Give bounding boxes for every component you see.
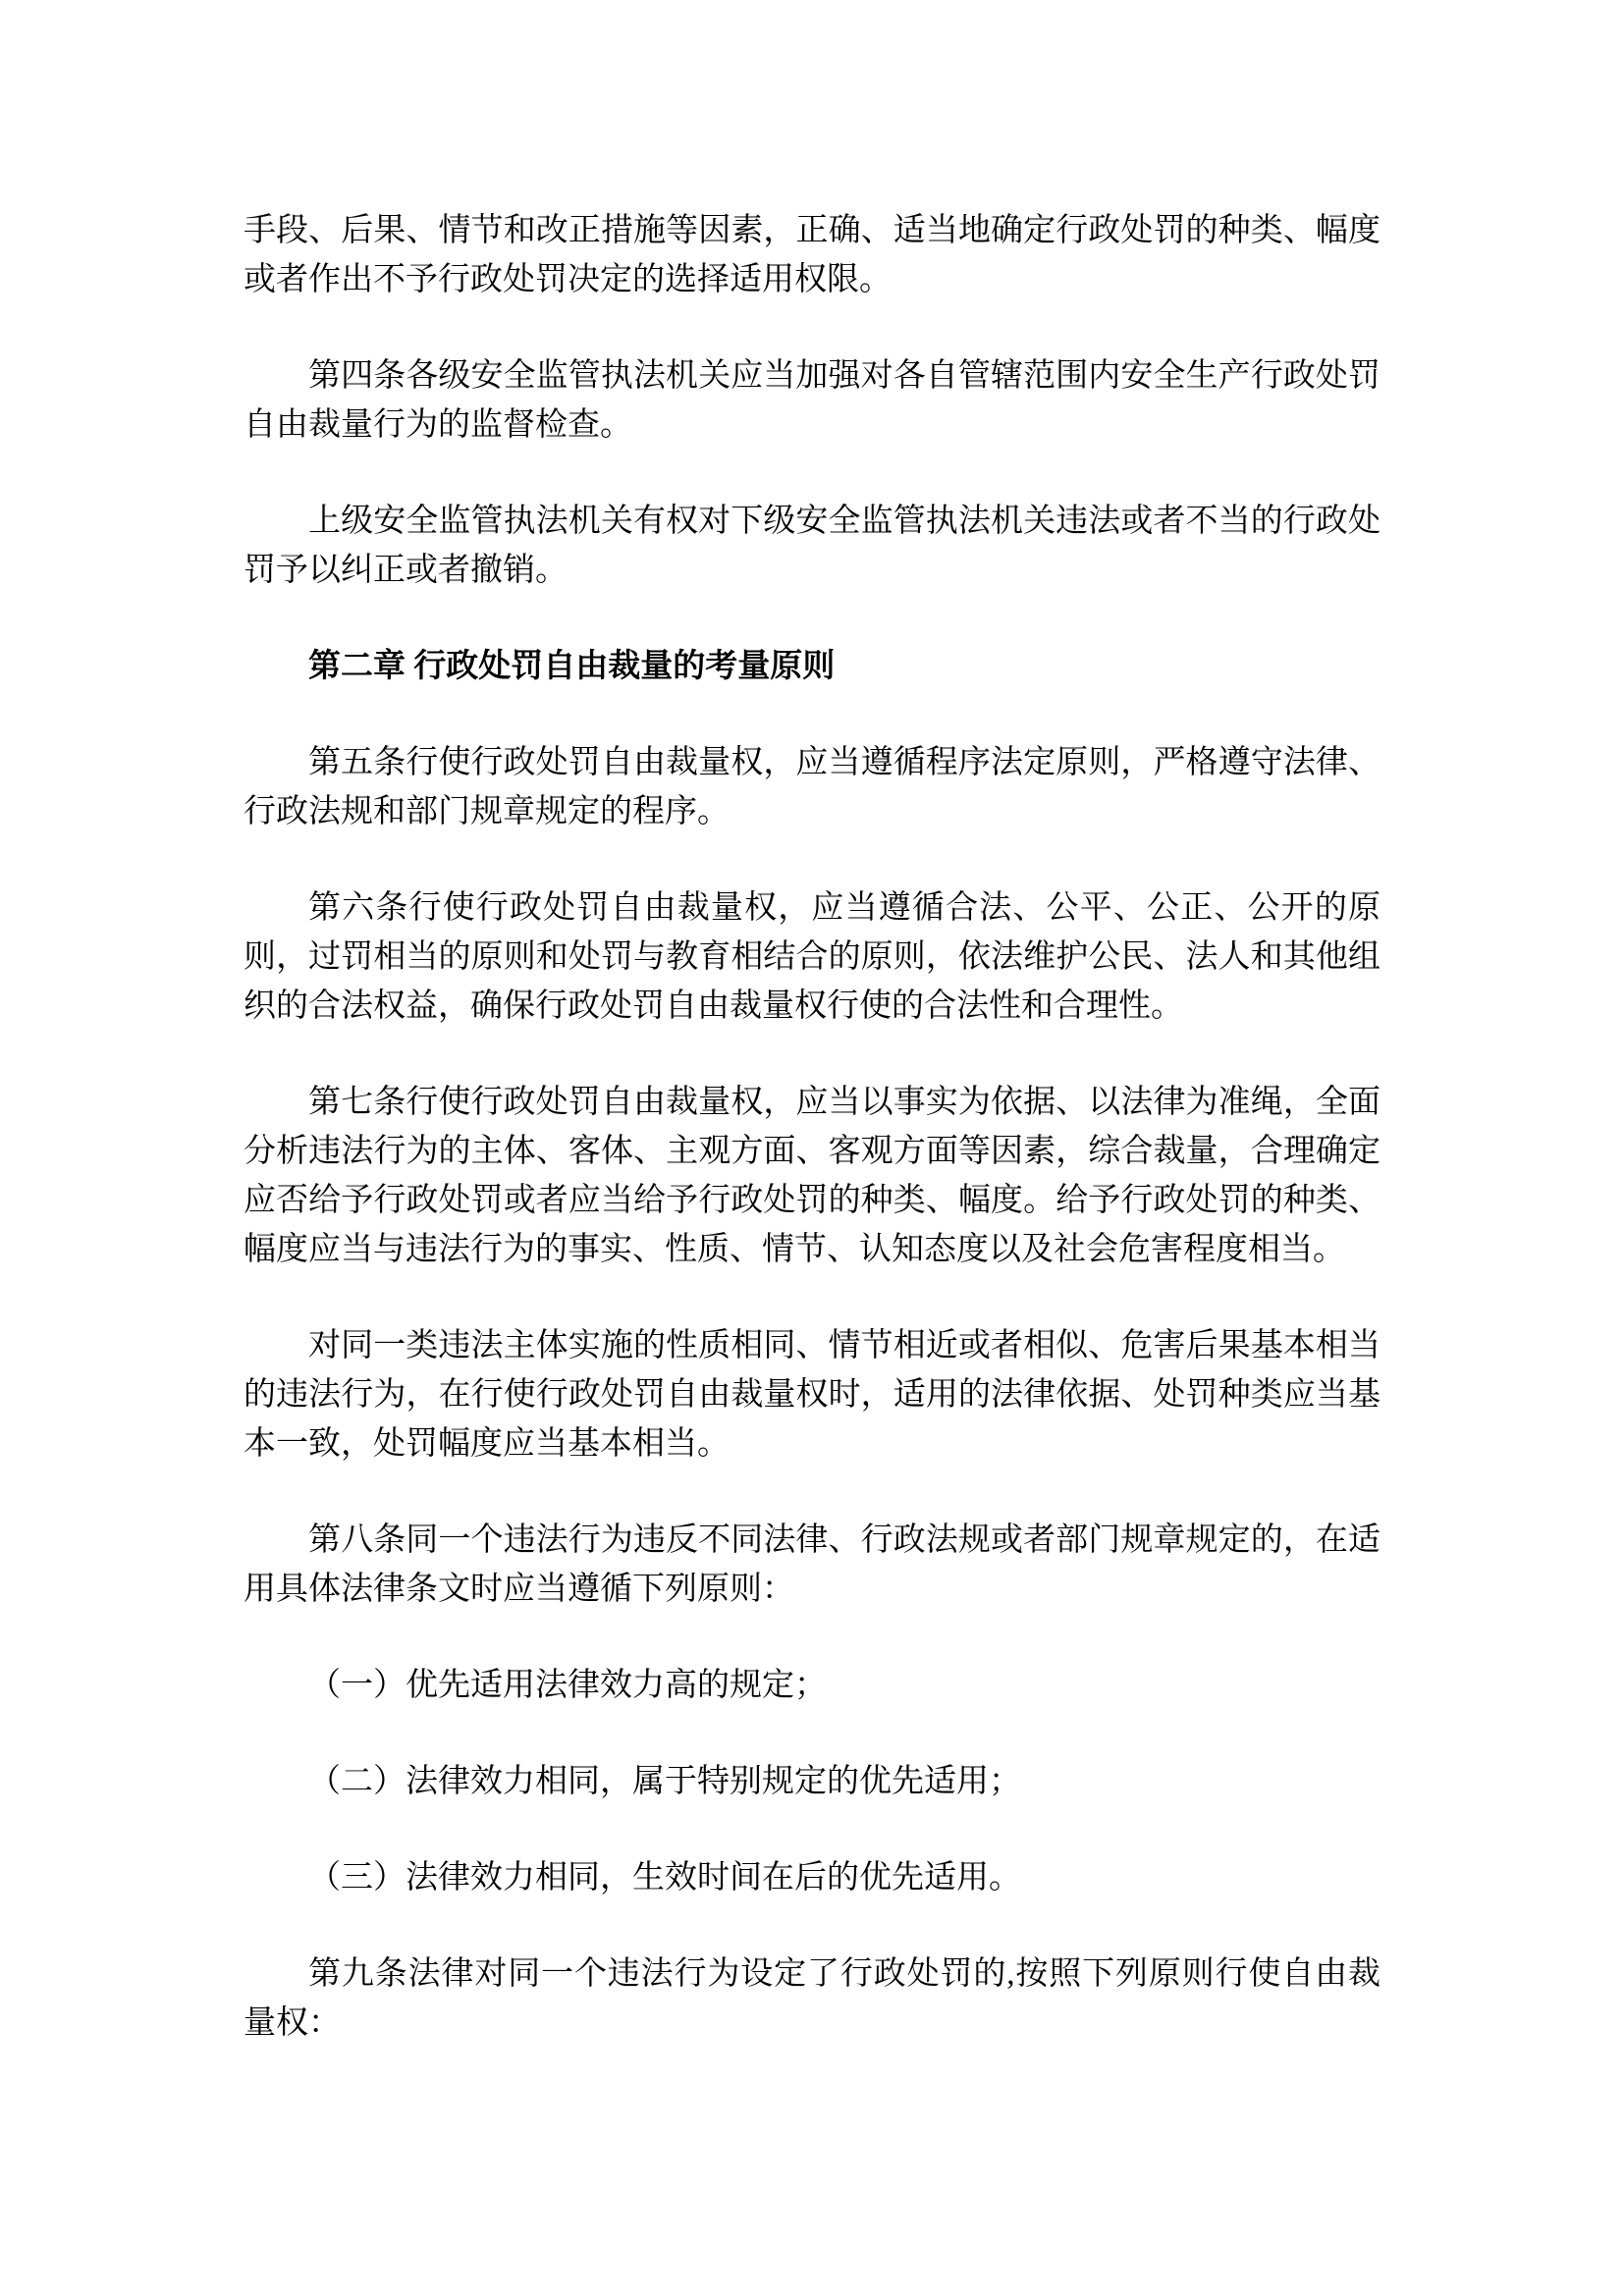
chapter-heading: 第二章 行政处罚自由裁量的考量原则: [244, 642, 1380, 691]
list-item-1: （一）优先适用法律效力高的规定；: [244, 1661, 1380, 1710]
body-paragraph-article-6: 第六条行使行政处罚自由裁量权，应当遵循合法、公平、公正、公开的原则，过罚相当的原…: [244, 883, 1380, 1031]
body-paragraph-article-7: 第七条行使行政处罚自由裁量权，应当以事实为依据、以法律为准绳，全面分析违法行为的…: [244, 1078, 1380, 1274]
body-paragraph-article-4: 第四条各级安全监管执法机关应当加强对各自管辖范围内安全生产行政处罚自由裁量行为的…: [244, 351, 1380, 450]
body-paragraph-article-5: 第五条行使行政处罚自由裁量权，应当遵循程序法定原则，严格遵守法律、行政法规和部门…: [244, 738, 1380, 836]
body-paragraph-article-9: 第九条法律对同一个违法行为设定了行政处罚的,按照下列原则行使自由裁量权：: [244, 1949, 1380, 2048]
document-page: 手段、后果、情节和改正措施等因素，正确、适当地确定行政处罚的种类、幅度或者作出不…: [0, 0, 1624, 2296]
list-item-3: （三）法律效力相同，生效时间在后的优先适用。: [244, 1853, 1380, 1902]
body-paragraph-article-8: 第八条同一个违法行为违反不同法律、行政法规或者部门规章规定的，在适用具体法律条文…: [244, 1516, 1380, 1614]
body-paragraph: 对同一类违法主体实施的性质相同、情节相近或者相似、危害后果基本相当的违法行为，在…: [244, 1321, 1380, 1468]
list-item-2: （二）法律效力相同，属于特别规定的优先适用；: [244, 1757, 1380, 1806]
body-paragraph: 上级安全监管执法机关有权对下级安全监管执法机关违法或者不当的行政处罚予以纠正或者…: [244, 497, 1380, 595]
body-paragraph: 手段、后果、情节和改正措施等因素，正确、适当地确定行政处罚的种类、幅度或者作出不…: [244, 206, 1380, 304]
